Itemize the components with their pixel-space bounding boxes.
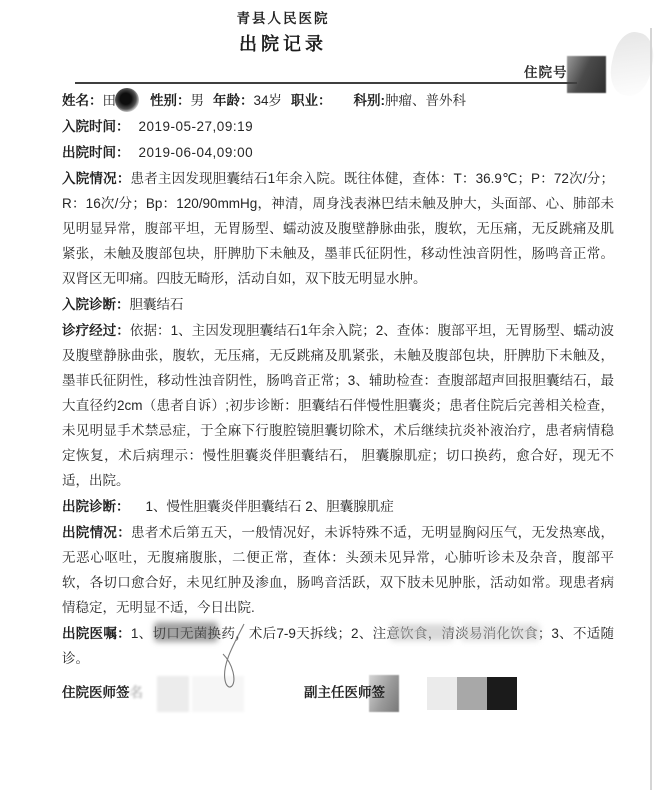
page-edge-line	[650, 28, 652, 790]
discharge-time-value: 2019-06-04,09:00	[139, 145, 254, 160]
signature-row: 住院医师签名 副主任医师签	[62, 680, 614, 712]
discharge-record-document: 青县人民医院 出院记录 住院号 姓名：田性别：男年龄：34岁职业：科别:肿瘤、普…	[0, 0, 660, 790]
section-treatment-course: 诊疗经过：依据：1、主因发现胆囊结石1年余入院；2、查体：腹部平坦，无胃肠型、蠕…	[62, 318, 614, 493]
age-value: 34岁	[254, 93, 283, 108]
section-discharge-condition: 出院情况：患者术后第五天，一般情况好，未诉特殊不适，无明显胸闷压气，无发热寒战，…	[62, 520, 614, 620]
section-label: 出院情况：	[62, 525, 131, 540]
resident-signature-label: 住院医师签	[62, 680, 130, 705]
header-divider	[75, 82, 577, 84]
discharge-time-row: 出院时间：2019-06-04,09:00	[62, 140, 614, 165]
redaction-block-medium	[457, 677, 487, 710]
section-text: 依据：1、主因发现胆囊结石1年余入院；2、查体：腹部平坦，无胃肠型、蠕动波及腹壁…	[62, 323, 614, 488]
redaction-block-trio	[427, 677, 517, 710]
discharge-time-label: 出院时间：	[62, 145, 130, 160]
deputy-signature-group: 副主任医师签	[304, 680, 517, 712]
department-value: 肿瘤、普外科	[385, 93, 466, 108]
signature-blur-redaction	[192, 676, 244, 712]
admission-time-row: 入院时间：2019-05-27,09:19	[62, 114, 614, 139]
deputy-signature-label: 副主任医师签	[304, 680, 385, 705]
resident-signature-group: 住院医师签名	[62, 680, 244, 712]
document-title: 出院记录	[0, 30, 566, 56]
age-label: 年龄：	[213, 93, 254, 108]
section-text: 1、切口无菌换药，术后7-9天拆线；2、注意饮食，清淡易消化饮食；3、不适随诊。	[62, 626, 614, 666]
gender-value: 男	[191, 93, 205, 108]
section-discharge-diagnosis: 出院诊断：1、慢性胆囊炎伴胆囊结石 2、胆囊腺肌症	[62, 494, 614, 519]
section-discharge-advice: 出院医嘱：1、切口无菌换药，术后7-9天拆线；2、注意饮食，清淡易消化饮食；3、…	[62, 621, 614, 671]
document-body: 姓名：田性别：男年龄：34岁职业：科别:肿瘤、普外科 入院时间：2019-05-…	[62, 88, 614, 712]
name-value: 田	[103, 93, 117, 108]
redaction-block-light	[427, 677, 457, 710]
section-label: 入院情况：	[62, 171, 131, 186]
admission-number-label: 住院号	[524, 61, 568, 81]
section-label: 入院诊断：	[62, 297, 130, 312]
redaction-blob-name	[115, 88, 139, 112]
department-label: 科别:	[354, 93, 386, 108]
section-admission-diagnosis: 入院诊断：胆囊结石	[62, 292, 614, 317]
resident-signature-label-faded: 名	[130, 680, 144, 705]
name-label: 姓名：	[62, 93, 103, 108]
section-text: 患者术后第五天，一般情况好，未诉特殊不适，无明显胸闷压气，无发热寒战，无恶心呕吐…	[62, 525, 614, 615]
signature-blur-redaction	[157, 676, 189, 712]
section-label: 诊疗经过：	[62, 323, 130, 338]
gender-label: 性别：	[150, 93, 191, 108]
section-label: 出院医嘱：	[62, 626, 131, 641]
section-text: 患者主因发现胆囊结石1年余入院。既往体健，查体：T：36.9℃；P：72次/分；…	[62, 171, 614, 286]
patient-info-row: 姓名：田性别：男年龄：34岁职业：科别:肿瘤、普外科	[62, 88, 614, 113]
redaction-block-black	[487, 677, 517, 710]
occupation-label: 职业：	[291, 93, 332, 108]
hospital-name: 青县人民医院	[0, 7, 566, 27]
admission-time-label: 入院时间：	[62, 119, 130, 134]
section-admission-condition: 入院情况：患者主因发现胆囊结石1年余入院。既往体健，查体：T：36.9℃；P：7…	[62, 166, 614, 291]
admission-time-value: 2019-05-27,09:19	[139, 119, 254, 134]
section-label: 出院诊断：	[62, 499, 130, 514]
section-text: 胆囊结石	[130, 297, 184, 312]
section-text: 1、慢性胆囊炎伴胆囊结石 2、胆囊腺肌症	[146, 499, 394, 514]
